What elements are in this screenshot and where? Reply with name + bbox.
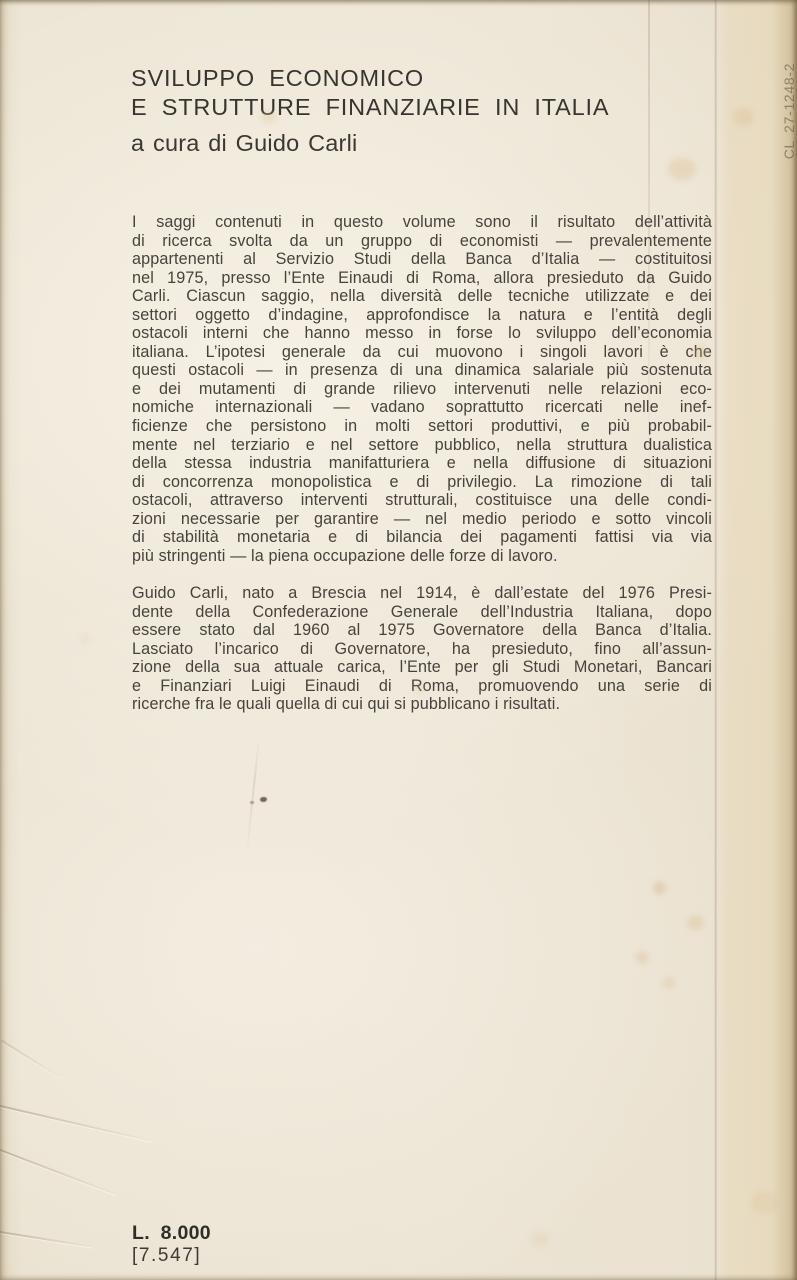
text-line: Guido Carli, nato a Brescia nel 1914, è … (132, 584, 712, 603)
text-line: ficienze che persistono in molti settori… (132, 417, 712, 436)
text-line: Carli. Ciascun saggio, nella diversità d… (132, 287, 712, 306)
text-line: Lasciato l’incarico di Governatore, ha p… (132, 640, 712, 659)
text-line: nel 1975, presso l’Ente Einaudi di Roma,… (132, 269, 712, 288)
text-line: essere stato dal 1960 al 1975 Governator… (132, 621, 712, 640)
paper-stain (668, 158, 696, 180)
price: L. 8.000 (132, 1223, 211, 1244)
paper-stain (653, 882, 666, 894)
paper-stain (531, 1232, 550, 1247)
price-block: L. 8.000 [7.547] (132, 1223, 211, 1266)
corner-fold-crease (0, 1230, 94, 1248)
text-line: ricerche fra le quali quella di cui qui … (132, 695, 712, 714)
blurb-paragraph: I saggi contenuti in questo volume sono … (132, 213, 712, 565)
text-line: zioni necessarie per garantire — nel med… (132, 510, 712, 529)
text-line: nomiche internazionali — vadano soprattu… (132, 398, 712, 417)
corner-fold-crease (1, 1040, 61, 1079)
title-block: SVILUPPO ECONOMICO E STRUTTURE FINANZIAR… (131, 64, 609, 121)
text-line: settori oggetto d’indagine, approfondisc… (132, 306, 712, 325)
cover-edge-strip (716, 0, 797, 1280)
book-title-line2: E STRUTTURE FINANZIARIE IN ITALIA (131, 93, 609, 122)
text-line: di concorrenza monopolistica e di privil… (132, 473, 712, 492)
ink-speck (260, 797, 267, 802)
paper-stain (80, 634, 91, 644)
text-line: dente della Confederazione Generale dell… (132, 603, 712, 622)
text-line: della stessa industria manifatturiera e … (132, 454, 712, 473)
text-line: più stringenti — la piena occupazione de… (132, 547, 712, 566)
paper-scratch (246, 736, 260, 854)
text-line: appartenenti al Servizio Studi della Ban… (132, 250, 712, 269)
text-line: mente nel terziario e nel settore pubbli… (132, 436, 712, 455)
text-line: ostacoli, attraverso interventi struttur… (132, 491, 712, 510)
text-line: questi ostacoli — in presenza di una din… (132, 361, 712, 380)
paper-stain (687, 915, 704, 930)
text-line: e dei mutamenti di grande rilievo interv… (132, 380, 712, 399)
text-line: di ricerca svolta da un gruppo di econom… (132, 232, 712, 251)
book-title-line1: SVILUPPO ECONOMICO (131, 64, 609, 93)
text-line: I saggi contenuti in questo volume sono … (132, 213, 712, 232)
spine-crease-line (714, 0, 718, 1280)
author-bio-paragraph: Guido Carli, nato a Brescia nel 1914, è … (132, 584, 712, 714)
corner-fold-crease (0, 1147, 116, 1195)
spine-catalog-code: CL 27-1248-2 (781, 63, 797, 160)
text-line: zione della sua attuale carica, l’Ente p… (132, 658, 712, 677)
text-line: e Finanziari Luigi Einaudi di Roma, prom… (132, 677, 712, 696)
corner-fold-crease (0, 1104, 152, 1142)
paper-stain (662, 977, 676, 989)
book-back-cover: CL 27-1248-2 SVILUPPO ECONOMICO E STRUTT… (0, 0, 797, 1280)
text-line: di stabilità monetaria e di bilancia dei… (132, 528, 712, 547)
editor-byline: a cura di Guido Carli (131, 130, 357, 157)
paper-stain (636, 952, 648, 963)
text-line: italiana. L’ipotesi generale da cui muov… (132, 343, 712, 362)
text-line: ostacoli interni che hanno messo in fors… (132, 324, 712, 343)
catalog-number: [7.547] (132, 1245, 211, 1266)
